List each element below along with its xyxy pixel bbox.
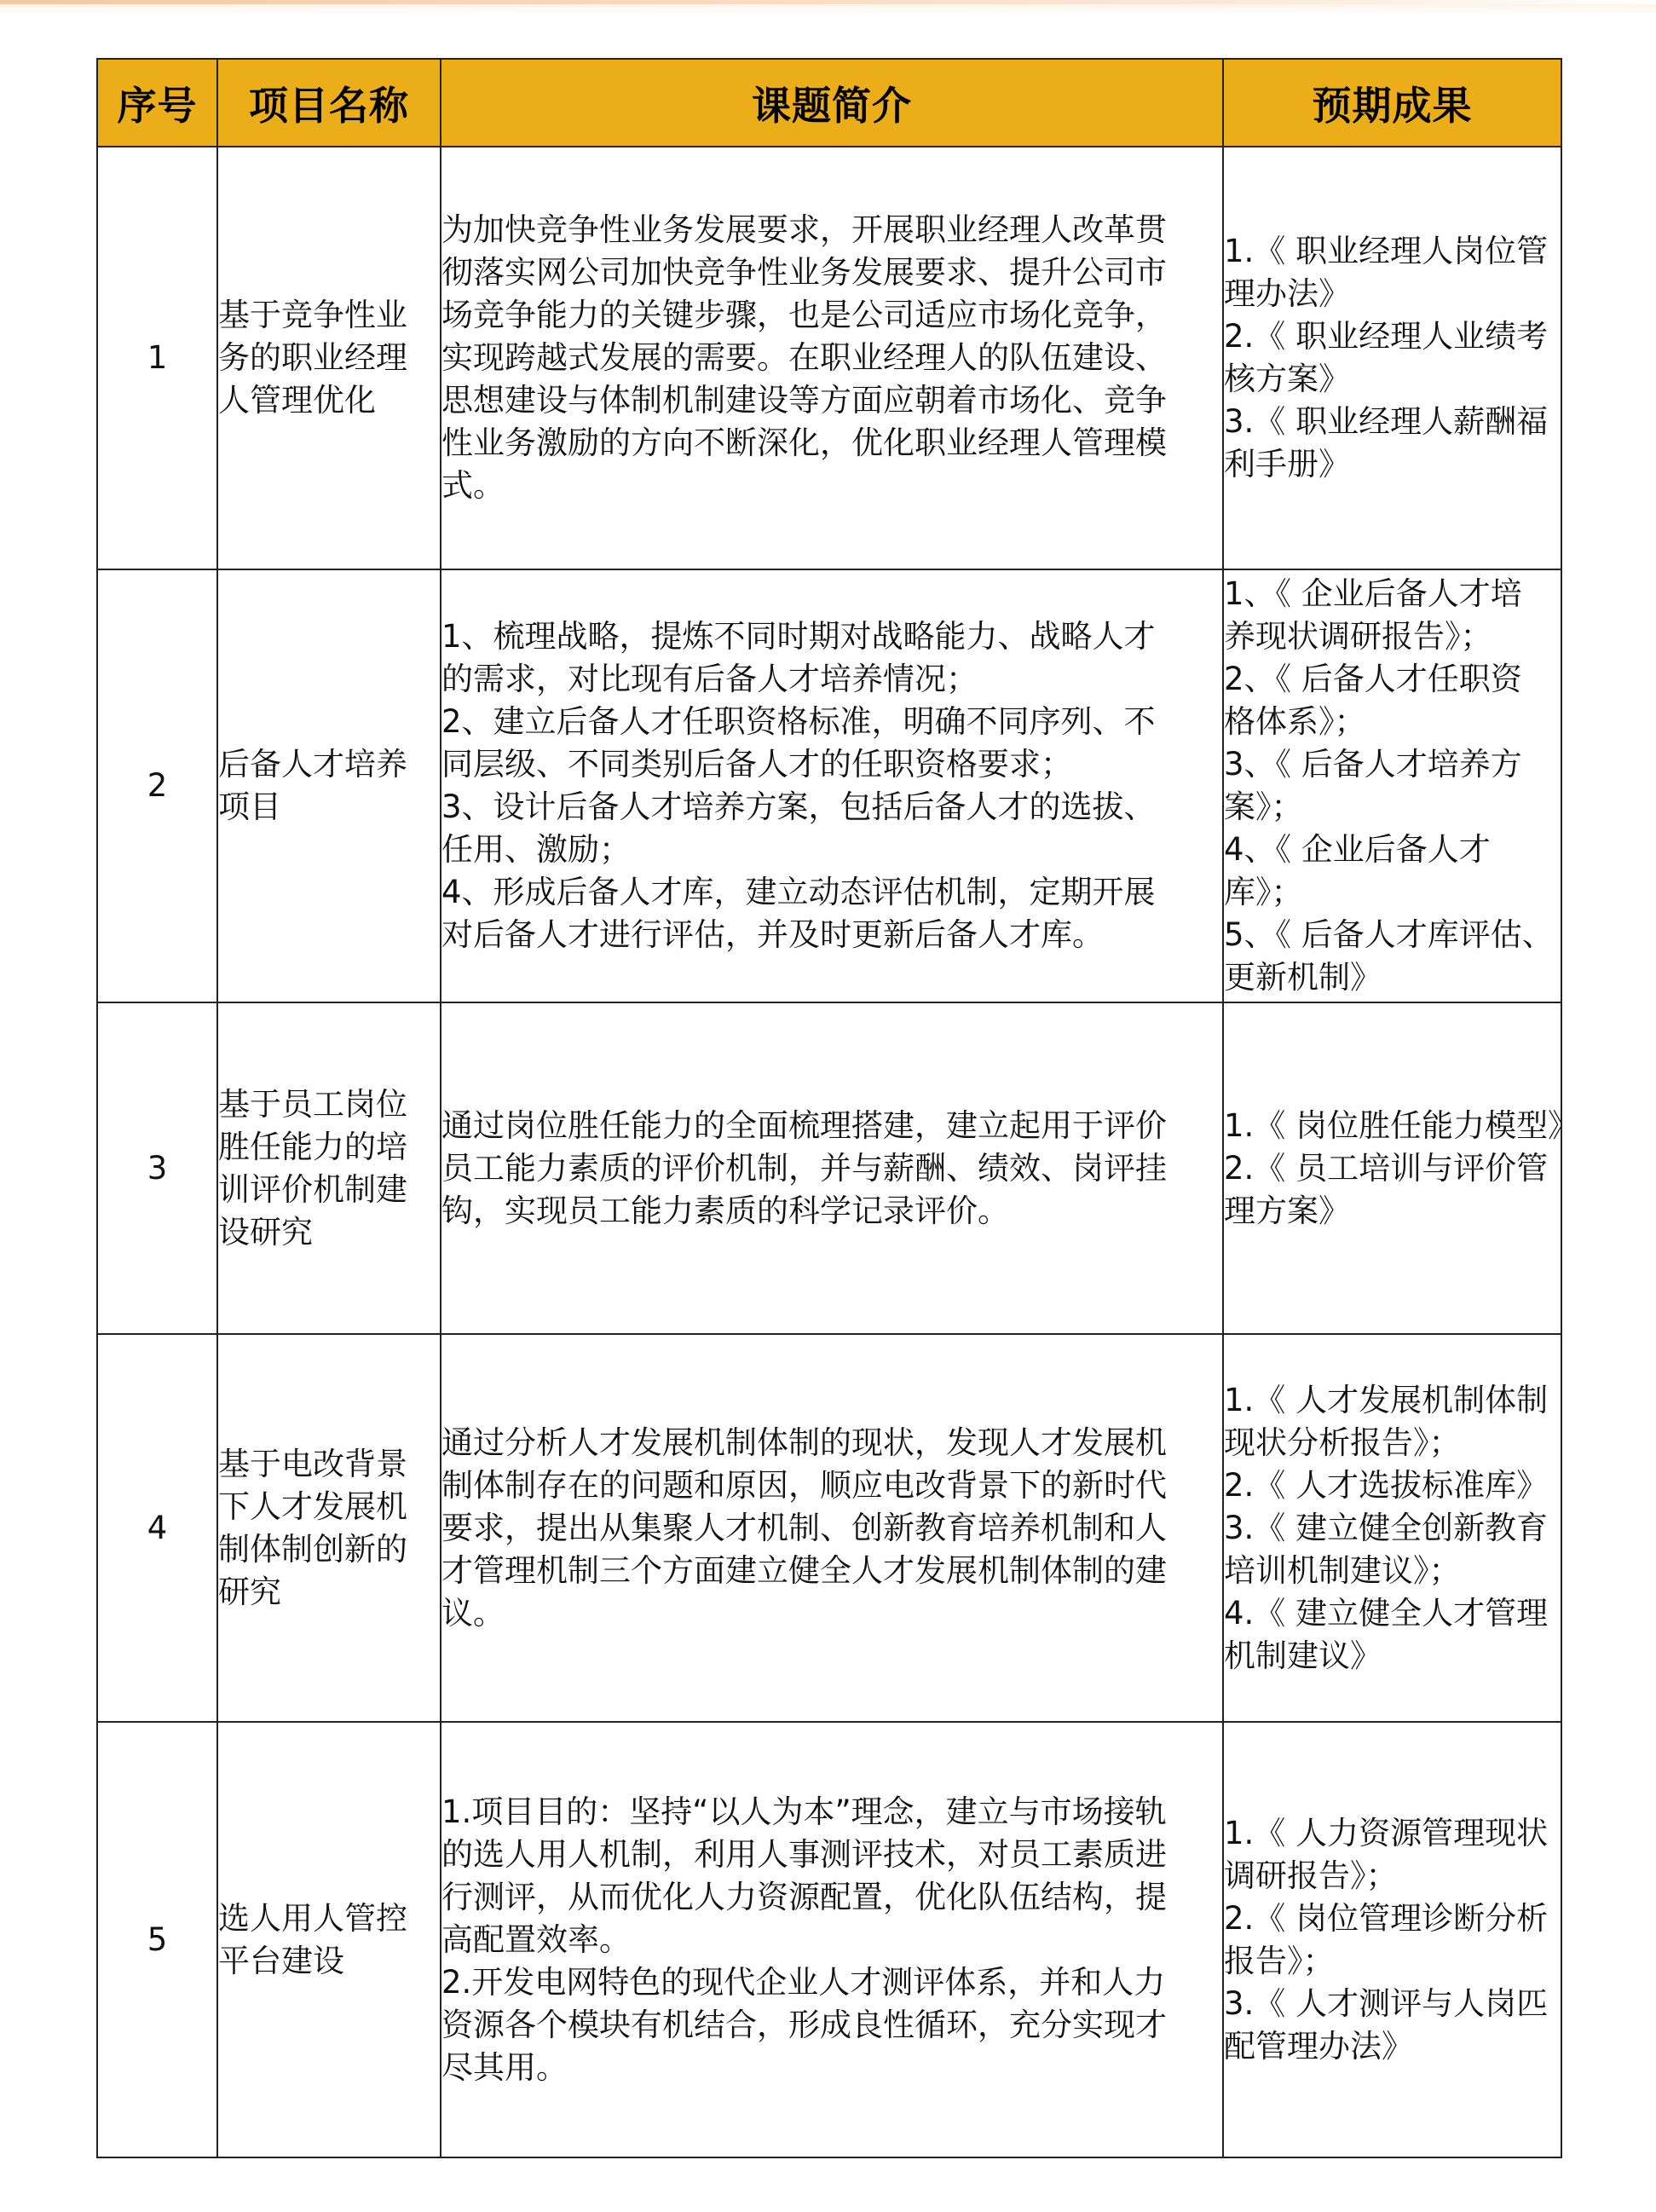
- intro-line: 思想建设与体制机制建设等方面应朝着市场化、竞争: [441, 379, 1222, 422]
- header-project-name: 项目名称: [217, 59, 441, 147]
- expected-result-line: 现状分析报告》；: [1224, 1422, 1561, 1464]
- project-name-line: 基于竞争性业: [218, 294, 440, 337]
- intro-line: 员工能力素质的评价机制，并与薪酬、绩效、岗评挂: [441, 1147, 1222, 1190]
- header-row: 序号 项目名称 课题简介 预期成果: [97, 59, 1561, 147]
- expected-result-line: 2、《 后备人才任职资: [1224, 658, 1561, 701]
- project-name-line: 项目: [218, 786, 440, 829]
- intro-line: 通过岗位胜任能力的全面梳理搭建，建立起用于评价: [441, 1105, 1222, 1147]
- project-name-line: 人管理优化: [218, 379, 440, 422]
- project-name-line: 胜任能力的培: [218, 1126, 440, 1169]
- expected-result-line: 3.《 建立健全创新教育: [1224, 1507, 1561, 1550]
- table-row: 5选人用人管控平台建设1.项目目的：坚持“以人为本”理念，建立与市场接轨的选人用…: [97, 1722, 1561, 2157]
- intro-line: 制体制存在的问题和原因，顺应电改背景下的新时代: [441, 1464, 1222, 1507]
- project-name-line: 研究: [218, 1571, 440, 1614]
- expected-result-line: 养现状调研报告》；: [1224, 615, 1561, 658]
- expected-result-line: 理办法》: [1224, 273, 1561, 315]
- intro-line: 场竞争能力的关键步骤，也是公司适应市场化竞争，: [441, 294, 1222, 337]
- expected-result-line: 案》；: [1224, 786, 1561, 829]
- expected-result-line: 2.《 岗位管理诊断分析: [1224, 1897, 1561, 1940]
- intro-line: 钩，实现员工能力素质的科学记录评价。: [441, 1190, 1222, 1233]
- expected-result-line: 2.《 员工培训与评价管: [1224, 1147, 1561, 1190]
- expected-result-line: 培训机制建议》；: [1224, 1550, 1561, 1592]
- table-row: 4基于电改背景下人才发展机制体制创新的研究通过分析人才发展机制体制的现状，发现人…: [97, 1334, 1561, 1722]
- intro-line: 才管理机制三个方面建立健全人才发展机制体制的建: [441, 1550, 1222, 1592]
- expected-result-line: 3、《 后备人才培养方: [1224, 743, 1561, 786]
- project-name-line: 后备人才培养: [218, 743, 440, 786]
- table-row: 1基于竞争性业务的职业经理人管理优化为加快竞争性业务发展要求，开展职业经理人改革…: [97, 147, 1561, 569]
- expected-result-line: 核方案》: [1224, 358, 1561, 401]
- project-name-line: 制体制创新的: [218, 1528, 440, 1571]
- intro-line: 式。: [441, 465, 1222, 507]
- row-number: 5: [97, 1722, 217, 2157]
- intro-cell: 1、梳理战略，提炼不同时期对战略能力、战略人才的需求，对比现有后备人才培养情况；…: [441, 569, 1223, 1002]
- expected-result-cell: 1.《 人才发展机制体制现状分析报告》；2.《 人才选拔标准库》3.《 建立健全…: [1223, 1334, 1561, 1722]
- expected-result-line: 1.《 人力资源管理现状: [1224, 1812, 1561, 1855]
- expected-result-line: 报告》；: [1224, 1940, 1561, 1983]
- header-num: 序号: [97, 59, 217, 147]
- intro-cell: 通过岗位胜任能力的全面梳理搭建，建立起用于评价员工能力素质的评价机制，并与薪酬、…: [441, 1002, 1223, 1334]
- table-row: 2后备人才培养项目1、梳理战略，提炼不同时期对战略能力、战略人才的需求，对比现有…: [97, 569, 1561, 1002]
- intro-line: 1、梳理战略，提炼不同时期对战略能力、战略人才: [441, 615, 1222, 658]
- intro-line: 高配置效率。: [441, 1919, 1222, 1961]
- expected-result-line: 配管理办法》: [1224, 2025, 1561, 2068]
- intro-line: 4、形成后备人才库，建立动态评估机制，定期开展: [441, 871, 1222, 914]
- project-name-line: 基于员工岗位: [218, 1083, 440, 1126]
- project-name-cell: 后备人才培养项目: [217, 569, 441, 1002]
- project-name-line: 基于电改背景: [218, 1443, 440, 1486]
- project-name-line: 平台建设: [218, 1940, 440, 1983]
- intro-line: 彻落实网公司加快竞争性业务发展要求、提升公司市: [441, 251, 1222, 294]
- intro-line: 任用、激励；: [441, 829, 1222, 871]
- project-name-cell: 基于员工岗位胜任能力的培训评价机制建设研究: [217, 1002, 441, 1334]
- intro-line: 实现跨越式发展的需要。在职业经理人的队伍建设、: [441, 337, 1222, 379]
- expected-result-line: 2.《 人才选拔标准库》: [1224, 1464, 1561, 1507]
- intro-line: 的选人用人机制，利用人事测评技术，对员工素质进: [441, 1834, 1222, 1876]
- project-name-cell: 选人用人管控平台建设: [217, 1722, 441, 2157]
- intro-line: 行测评，从而优化人力资源配置，优化队伍结构，提: [441, 1876, 1222, 1919]
- intro-line: 资源各个模块有机结合，形成良性循环，充分实现才: [441, 2004, 1222, 2047]
- row-number: 1: [97, 147, 217, 569]
- intro-line: 对后备人才进行评估，并及时更新后备人才库。: [441, 914, 1222, 956]
- expected-result-line: 库》；: [1224, 871, 1561, 914]
- project-name-line: 设研究: [218, 1211, 440, 1254]
- intro-line: 同层级、不同类别后备人才的任职资格要求；: [441, 743, 1222, 786]
- expected-result-cell: 1.《 职业经理人岗位管理办法》2.《 职业经理人业绩考核方案》3.《 职业经理…: [1223, 147, 1561, 569]
- expected-result-line: 1、《 企业后备人才培: [1224, 573, 1561, 615]
- expected-result-line: 利手册》: [1224, 443, 1561, 486]
- intro-line: 为加快竞争性业务发展要求，开展职业经理人改革贯: [441, 209, 1222, 251]
- expected-result-line: 3.《 人才测评与人岗匹: [1224, 1983, 1561, 2025]
- expected-result-line: 1.《 职业经理人岗位管: [1224, 230, 1561, 273]
- expected-result-cell: 1.《 岗位胜任能力模型》2.《 员工培训与评价管理方案》: [1223, 1002, 1561, 1334]
- expected-result-line: 5、《 后备人才库评估、: [1224, 914, 1561, 956]
- row-number: 3: [97, 1002, 217, 1334]
- expected-result-line: 调研报告》；: [1224, 1855, 1561, 1897]
- expected-result-cell: 1、《 企业后备人才培养现状调研报告》；2、《 后备人才任职资格体系》；3、《 …: [1223, 569, 1561, 1002]
- project-name-line: 下人才发展机: [218, 1486, 440, 1528]
- project-name-line: 务的职业经理: [218, 337, 440, 379]
- intro-line: 1.项目目的：坚持“以人为本”理念，建立与市场接轨: [441, 1791, 1222, 1834]
- intro-line: 尽其用。: [441, 2047, 1222, 2089]
- expected-result-line: 2.《 职业经理人业绩考: [1224, 315, 1561, 358]
- row-number: 2: [97, 569, 217, 1002]
- intro-line: 要求，提出从集聚人才机制、创新教育培养机制和人: [441, 1507, 1222, 1550]
- intro-line: 通过分析人才发展机制体制的现状，发现人才发展机: [441, 1422, 1222, 1464]
- row-number: 4: [97, 1334, 217, 1722]
- intro-cell: 为加快竞争性业务发展要求，开展职业经理人改革贯彻落实网公司加快竞争性业务发展要求…: [441, 147, 1223, 569]
- top-gradient-fade: [0, 4, 1656, 14]
- expected-result-cell: 1.《 人力资源管理现状调研报告》；2.《 岗位管理诊断分析报告》；3.《 人才…: [1223, 1722, 1561, 2157]
- intro-line: 的需求，对比现有后备人才培养情况；: [441, 658, 1222, 701]
- expected-result-line: 4.《 建立健全人才管理: [1224, 1592, 1561, 1635]
- intro-cell: 1.项目目的：坚持“以人为本”理念，建立与市场接轨的选人用人机制，利用人事测评技…: [441, 1722, 1223, 2157]
- project-name-line: 选人用人管控: [218, 1897, 440, 1940]
- header-expected-result: 预期成果: [1223, 59, 1561, 147]
- intro-line: 3、设计后备人才培养方案，包括后备人才的选拔、: [441, 786, 1222, 829]
- expected-result-line: 机制建议》: [1224, 1635, 1561, 1678]
- intro-line: 议。: [441, 1592, 1222, 1635]
- intro-line: 2.开发电网特色的现代企业人才测评体系，并和人力: [441, 1961, 1222, 2004]
- expected-result-line: 更新机制》: [1224, 956, 1561, 999]
- project-table: 序号 项目名称 课题简介 预期成果 1基于竞争性业务的职业经理人管理优化为加快竞…: [96, 58, 1562, 2158]
- expected-result-line: 1.《 岗位胜任能力模型》: [1224, 1105, 1561, 1147]
- project-name-line: 训评价机制建: [218, 1169, 440, 1211]
- intro-line: 性业务激励的方向不断深化，优化职业经理人管理模: [441, 422, 1222, 465]
- table-row: 3基于员工岗位胜任能力的培训评价机制建设研究通过岗位胜任能力的全面梳理搭建，建立…: [97, 1002, 1561, 1334]
- intro-line: 2、建立后备人才任职资格标准，明确不同序列、不: [441, 701, 1222, 743]
- header-intro: 课题简介: [441, 59, 1223, 147]
- expected-result-line: 1.《 人才发展机制体制: [1224, 1379, 1561, 1422]
- expected-result-line: 理方案》: [1224, 1190, 1561, 1233]
- project-name-cell: 基于电改背景下人才发展机制体制创新的研究: [217, 1334, 441, 1722]
- project-name-cell: 基于竞争性业务的职业经理人管理优化: [217, 147, 441, 569]
- expected-result-line: 格体系》；: [1224, 701, 1561, 743]
- expected-result-line: 4、《 企业后备人才: [1224, 829, 1561, 871]
- expected-result-line: 3.《 职业经理人薪酬福: [1224, 401, 1561, 443]
- intro-cell: 通过分析人才发展机制体制的现状，发现人才发展机制体制存在的问题和原因，顺应电改背…: [441, 1334, 1223, 1722]
